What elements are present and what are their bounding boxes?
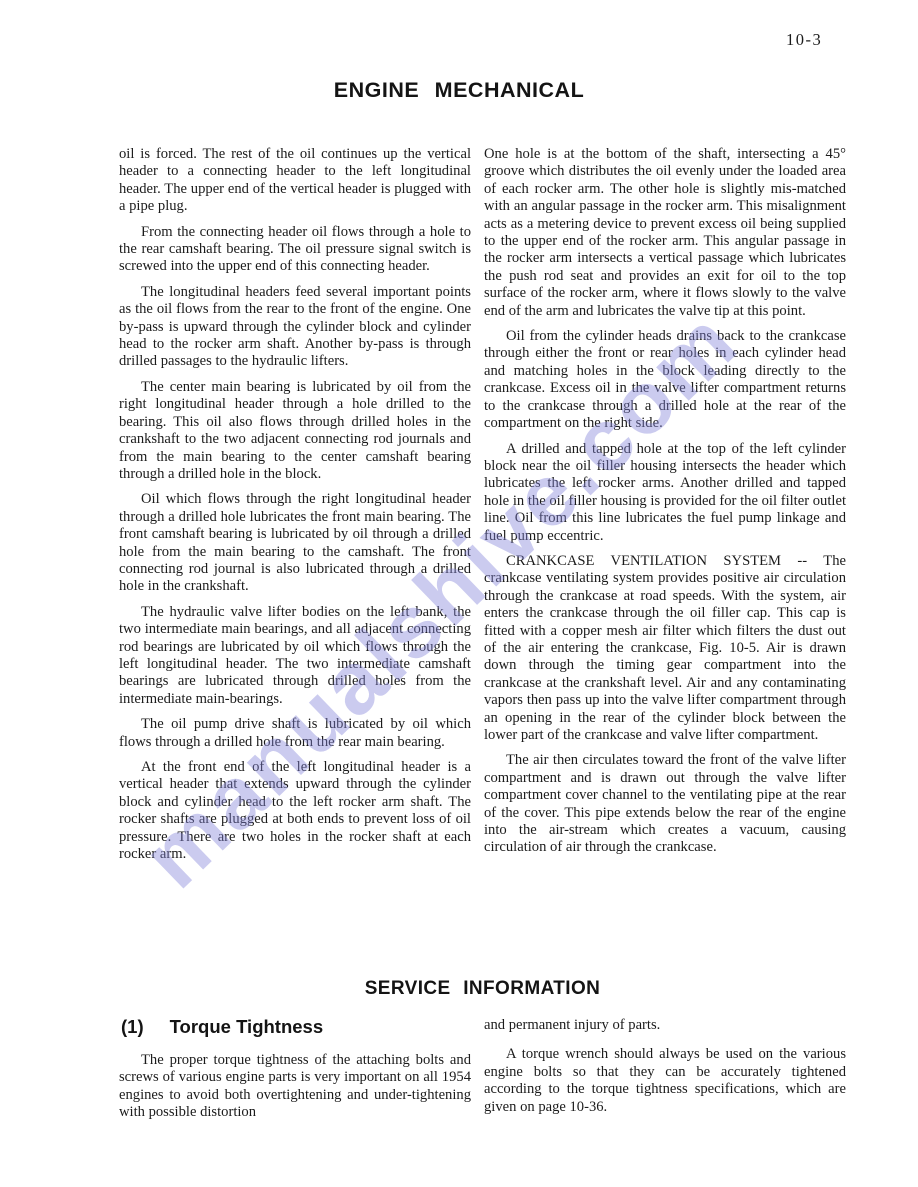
left-column: oil is forced. The rest of the oil conti… [119, 146, 471, 863]
paragraph: A drilled and tapped hole at the top of … [484, 441, 846, 545]
item-heading: (1) Torque Tightness [121, 1016, 471, 1038]
paragraph: and permanent injury of parts. [484, 1017, 846, 1034]
paragraph: One hole is at the bottom of the shaft, … [484, 146, 846, 320]
paragraph: The air then circulates toward the front… [484, 752, 846, 856]
item-title: Torque Tightness [170, 1016, 324, 1038]
body-columns: oil is forced. The rest of the oil conti… [119, 146, 846, 863]
paragraph: The hydraulic valve lifter bodies on the… [119, 604, 471, 708]
paragraph: oil is forced. The rest of the oil conti… [119, 146, 471, 216]
right-column: One hole is at the bottom of the shaft, … [484, 146, 846, 863]
section-heading: SERVICE INFORMATION [119, 978, 846, 1000]
service-left-column: (1) Torque Tightness The proper torque t… [119, 1014, 471, 1122]
item-number: (1) [121, 1016, 144, 1038]
paragraph: The oil pump drive shaft is lubricated b… [119, 716, 471, 751]
service-columns: (1) Torque Tightness The proper torque t… [119, 1014, 846, 1122]
page-title: ENGINE MECHANICAL [0, 78, 918, 103]
paragraph: A torque wrench should always be used on… [484, 1046, 846, 1116]
page-number: 10-3 [786, 30, 822, 50]
document-page: 10-3 ENGINE MECHANICAL manualshive.com o… [0, 0, 918, 1187]
service-right-column: and permanent injury of parts. A torque … [484, 1014, 846, 1122]
service-information-section: SERVICE INFORMATION (1) Torque Tightness… [119, 978, 846, 1122]
paragraph: CRANKCASE VENTILATION SYSTEM -- The cran… [484, 553, 846, 744]
paragraph: At the front end of the left longitudina… [119, 759, 471, 863]
paragraph: Oil which flows through the right longit… [119, 491, 471, 595]
paragraph: The center main bearing is lubricated by… [119, 379, 471, 483]
paragraph: The longitudinal headers feed several im… [119, 284, 471, 371]
paragraph: Oil from the cylinder heads drains back … [484, 328, 846, 432]
paragraph: From the connecting header oil flows thr… [119, 224, 471, 276]
paragraph: The proper torque tightness of the attac… [119, 1052, 471, 1122]
